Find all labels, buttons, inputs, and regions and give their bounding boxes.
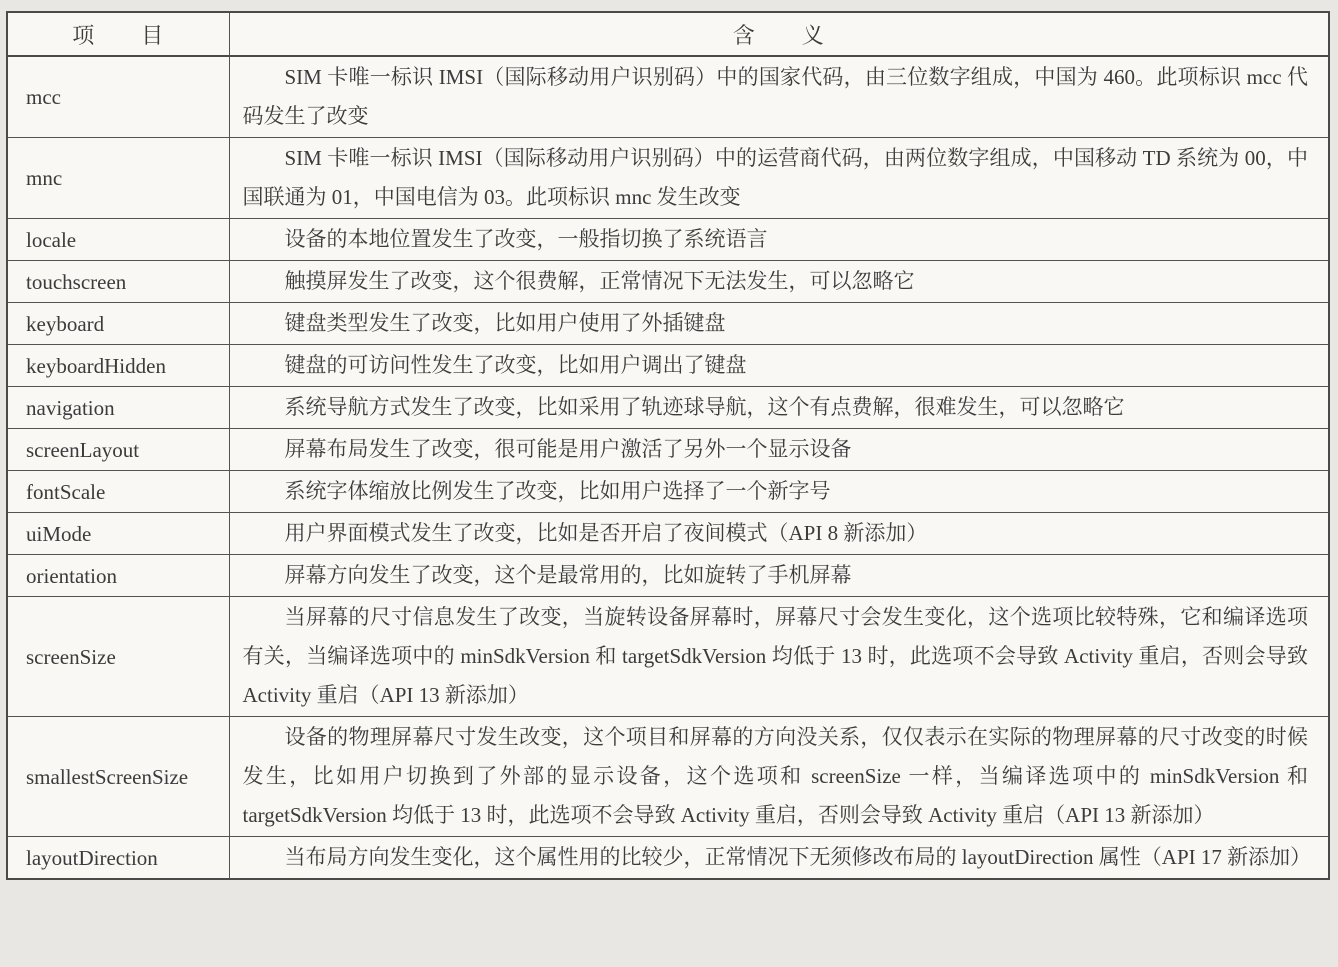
scanned-book-page: 项 目 含 义 mcc SIM 卡唯一标识 IMSI（国际移动用户识别码）中的国… <box>0 0 1338 967</box>
meaning-cell: 设备的物理屏幕尺寸发生改变，这个项目和屏幕的方向没关系，仅仅表示在实际的物理屏幕… <box>229 717 1329 837</box>
meaning-cell: 屏幕布局发生了改变，很可能是用户激活了另外一个显示设备 <box>229 429 1329 471</box>
table-row: mnc SIM 卡唯一标识 IMSI（国际移动用户识别码）中的运营商代码，由两位… <box>7 138 1329 219</box>
item-cell: orientation <box>7 555 229 597</box>
meaning-text: 当屏幕的尺寸信息发生了改变，当旋转设备屏幕时，屏幕尺寸会发生变化，这个选项比较特… <box>243 598 1309 715</box>
item-cell: mcc <box>7 56 229 138</box>
meaning-cell: 触摸屏发生了改变，这个很费解，正常情况下无法发生，可以忽略它 <box>229 261 1329 303</box>
meaning-text: 设备的本地位置发生了改变，一般指切换了系统语言 <box>243 220 1309 259</box>
item-cell: keyboardHidden <box>7 345 229 387</box>
meaning-cell: 键盘的可访问性发生了改变，比如用户调出了键盘 <box>229 345 1329 387</box>
item-cell: screenSize <box>7 597 229 717</box>
table-row: keyboardHidden 键盘的可访问性发生了改变，比如用户调出了键盘 <box>7 345 1329 387</box>
table-row: fontScale 系统字体缩放比例发生了改变，比如用户选择了一个新字号 <box>7 471 1329 513</box>
meaning-text: SIM 卡唯一标识 IMSI（国际移动用户识别码）中的运营商代码，由两位数字组成… <box>243 139 1309 217</box>
item-cell: touchscreen <box>7 261 229 303</box>
meaning-cell: 当屏幕的尺寸信息发生了改变，当旋转设备屏幕时，屏幕尺寸会发生变化，这个选项比较特… <box>229 597 1329 717</box>
table-row: navigation 系统导航方式发生了改变，比如采用了轨迹球导航，这个有点费解… <box>7 387 1329 429</box>
meaning-text: 触摸屏发生了改变，这个很费解，正常情况下无法发生，可以忽略它 <box>243 262 1309 301</box>
meaning-cell: 设备的本地位置发生了改变，一般指切换了系统语言 <box>229 219 1329 261</box>
table-body: mcc SIM 卡唯一标识 IMSI（国际移动用户识别码）中的国家代码，由三位数… <box>7 56 1329 879</box>
item-cell: screenLayout <box>7 429 229 471</box>
meaning-text: 当布局方向发生变化，这个属性用的比较少，正常情况下无须修改布局的 layoutD… <box>243 838 1309 877</box>
meaning-text: 屏幕布局发生了改变，很可能是用户激活了另外一个显示设备 <box>243 430 1309 469</box>
header-row: 项 目 含 义 <box>7 12 1329 56</box>
meaning-text: SIM 卡唯一标识 IMSI（国际移动用户识别码）中的国家代码，由三位数字组成，… <box>243 58 1309 136</box>
meaning-text: 系统导航方式发生了改变，比如采用了轨迹球导航，这个有点费解，很难发生，可以忽略它 <box>243 388 1309 427</box>
item-cell: locale <box>7 219 229 261</box>
table-row: screenLayout 屏幕布局发生了改变，很可能是用户激活了另外一个显示设备 <box>7 429 1329 471</box>
table-row: mcc SIM 卡唯一标识 IMSI（国际移动用户识别码）中的国家代码，由三位数… <box>7 56 1329 138</box>
meaning-text: 键盘的可访问性发生了改变，比如用户调出了键盘 <box>243 346 1309 385</box>
meaning-cell: 系统导航方式发生了改变，比如采用了轨迹球导航，这个有点费解，很难发生，可以忽略它 <box>229 387 1329 429</box>
meaning-text: 设备的物理屏幕尺寸发生改变，这个项目和屏幕的方向没关系，仅仅表示在实际的物理屏幕… <box>243 718 1309 835</box>
meaning-cell: 系统字体缩放比例发生了改变，比如用户选择了一个新字号 <box>229 471 1329 513</box>
table-row: smallestScreenSize 设备的物理屏幕尺寸发生改变，这个项目和屏幕… <box>7 717 1329 837</box>
item-cell: keyboard <box>7 303 229 345</box>
meaning-cell: 键盘类型发生了改变，比如用户使用了外插键盘 <box>229 303 1329 345</box>
meaning-text: 屏幕方向发生了改变，这个是最常用的，比如旋转了手机屏幕 <box>243 556 1309 595</box>
table-row: keyboard 键盘类型发生了改变，比如用户使用了外插键盘 <box>7 303 1329 345</box>
meaning-cell: 屏幕方向发生了改变，这个是最常用的，比如旋转了手机屏幕 <box>229 555 1329 597</box>
table-row: uiMode 用户界面模式发生了改变，比如是否开启了夜间模式（API 8 新添加… <box>7 513 1329 555</box>
item-cell: smallestScreenSize <box>7 717 229 837</box>
config-changes-table: 项 目 含 义 mcc SIM 卡唯一标识 IMSI（国际移动用户识别码）中的国… <box>6 11 1330 880</box>
column-header-item: 项 目 <box>7 12 229 56</box>
table-row: screenSize 当屏幕的尺寸信息发生了改变，当旋转设备屏幕时，屏幕尺寸会发… <box>7 597 1329 717</box>
meaning-text: 系统字体缩放比例发生了改变，比如用户选择了一个新字号 <box>243 472 1309 511</box>
item-cell: navigation <box>7 387 229 429</box>
table-row: orientation 屏幕方向发生了改变，这个是最常用的，比如旋转了手机屏幕 <box>7 555 1329 597</box>
meaning-cell: SIM 卡唯一标识 IMSI（国际移动用户识别码）中的运营商代码，由两位数字组成… <box>229 138 1329 219</box>
meaning-text: 键盘类型发生了改变，比如用户使用了外插键盘 <box>243 304 1309 343</box>
meaning-cell: 当布局方向发生变化，这个属性用的比较少，正常情况下无须修改布局的 layoutD… <box>229 837 1329 880</box>
meaning-text: 用户界面模式发生了改变，比如是否开启了夜间模式（API 8 新添加） <box>243 514 1309 553</box>
table-row: locale 设备的本地位置发生了改变，一般指切换了系统语言 <box>7 219 1329 261</box>
meaning-cell: 用户界面模式发生了改变，比如是否开启了夜间模式（API 8 新添加） <box>229 513 1329 555</box>
meaning-cell: SIM 卡唯一标识 IMSI（国际移动用户识别码）中的国家代码，由三位数字组成，… <box>229 56 1329 138</box>
item-cell: layoutDirection <box>7 837 229 880</box>
item-cell: fontScale <box>7 471 229 513</box>
table-row: layoutDirection 当布局方向发生变化，这个属性用的比较少，正常情况… <box>7 837 1329 880</box>
item-cell: uiMode <box>7 513 229 555</box>
table-row: touchscreen 触摸屏发生了改变，这个很费解，正常情况下无法发生，可以忽… <box>7 261 1329 303</box>
item-cell: mnc <box>7 138 229 219</box>
column-header-meaning: 含 义 <box>229 12 1329 56</box>
